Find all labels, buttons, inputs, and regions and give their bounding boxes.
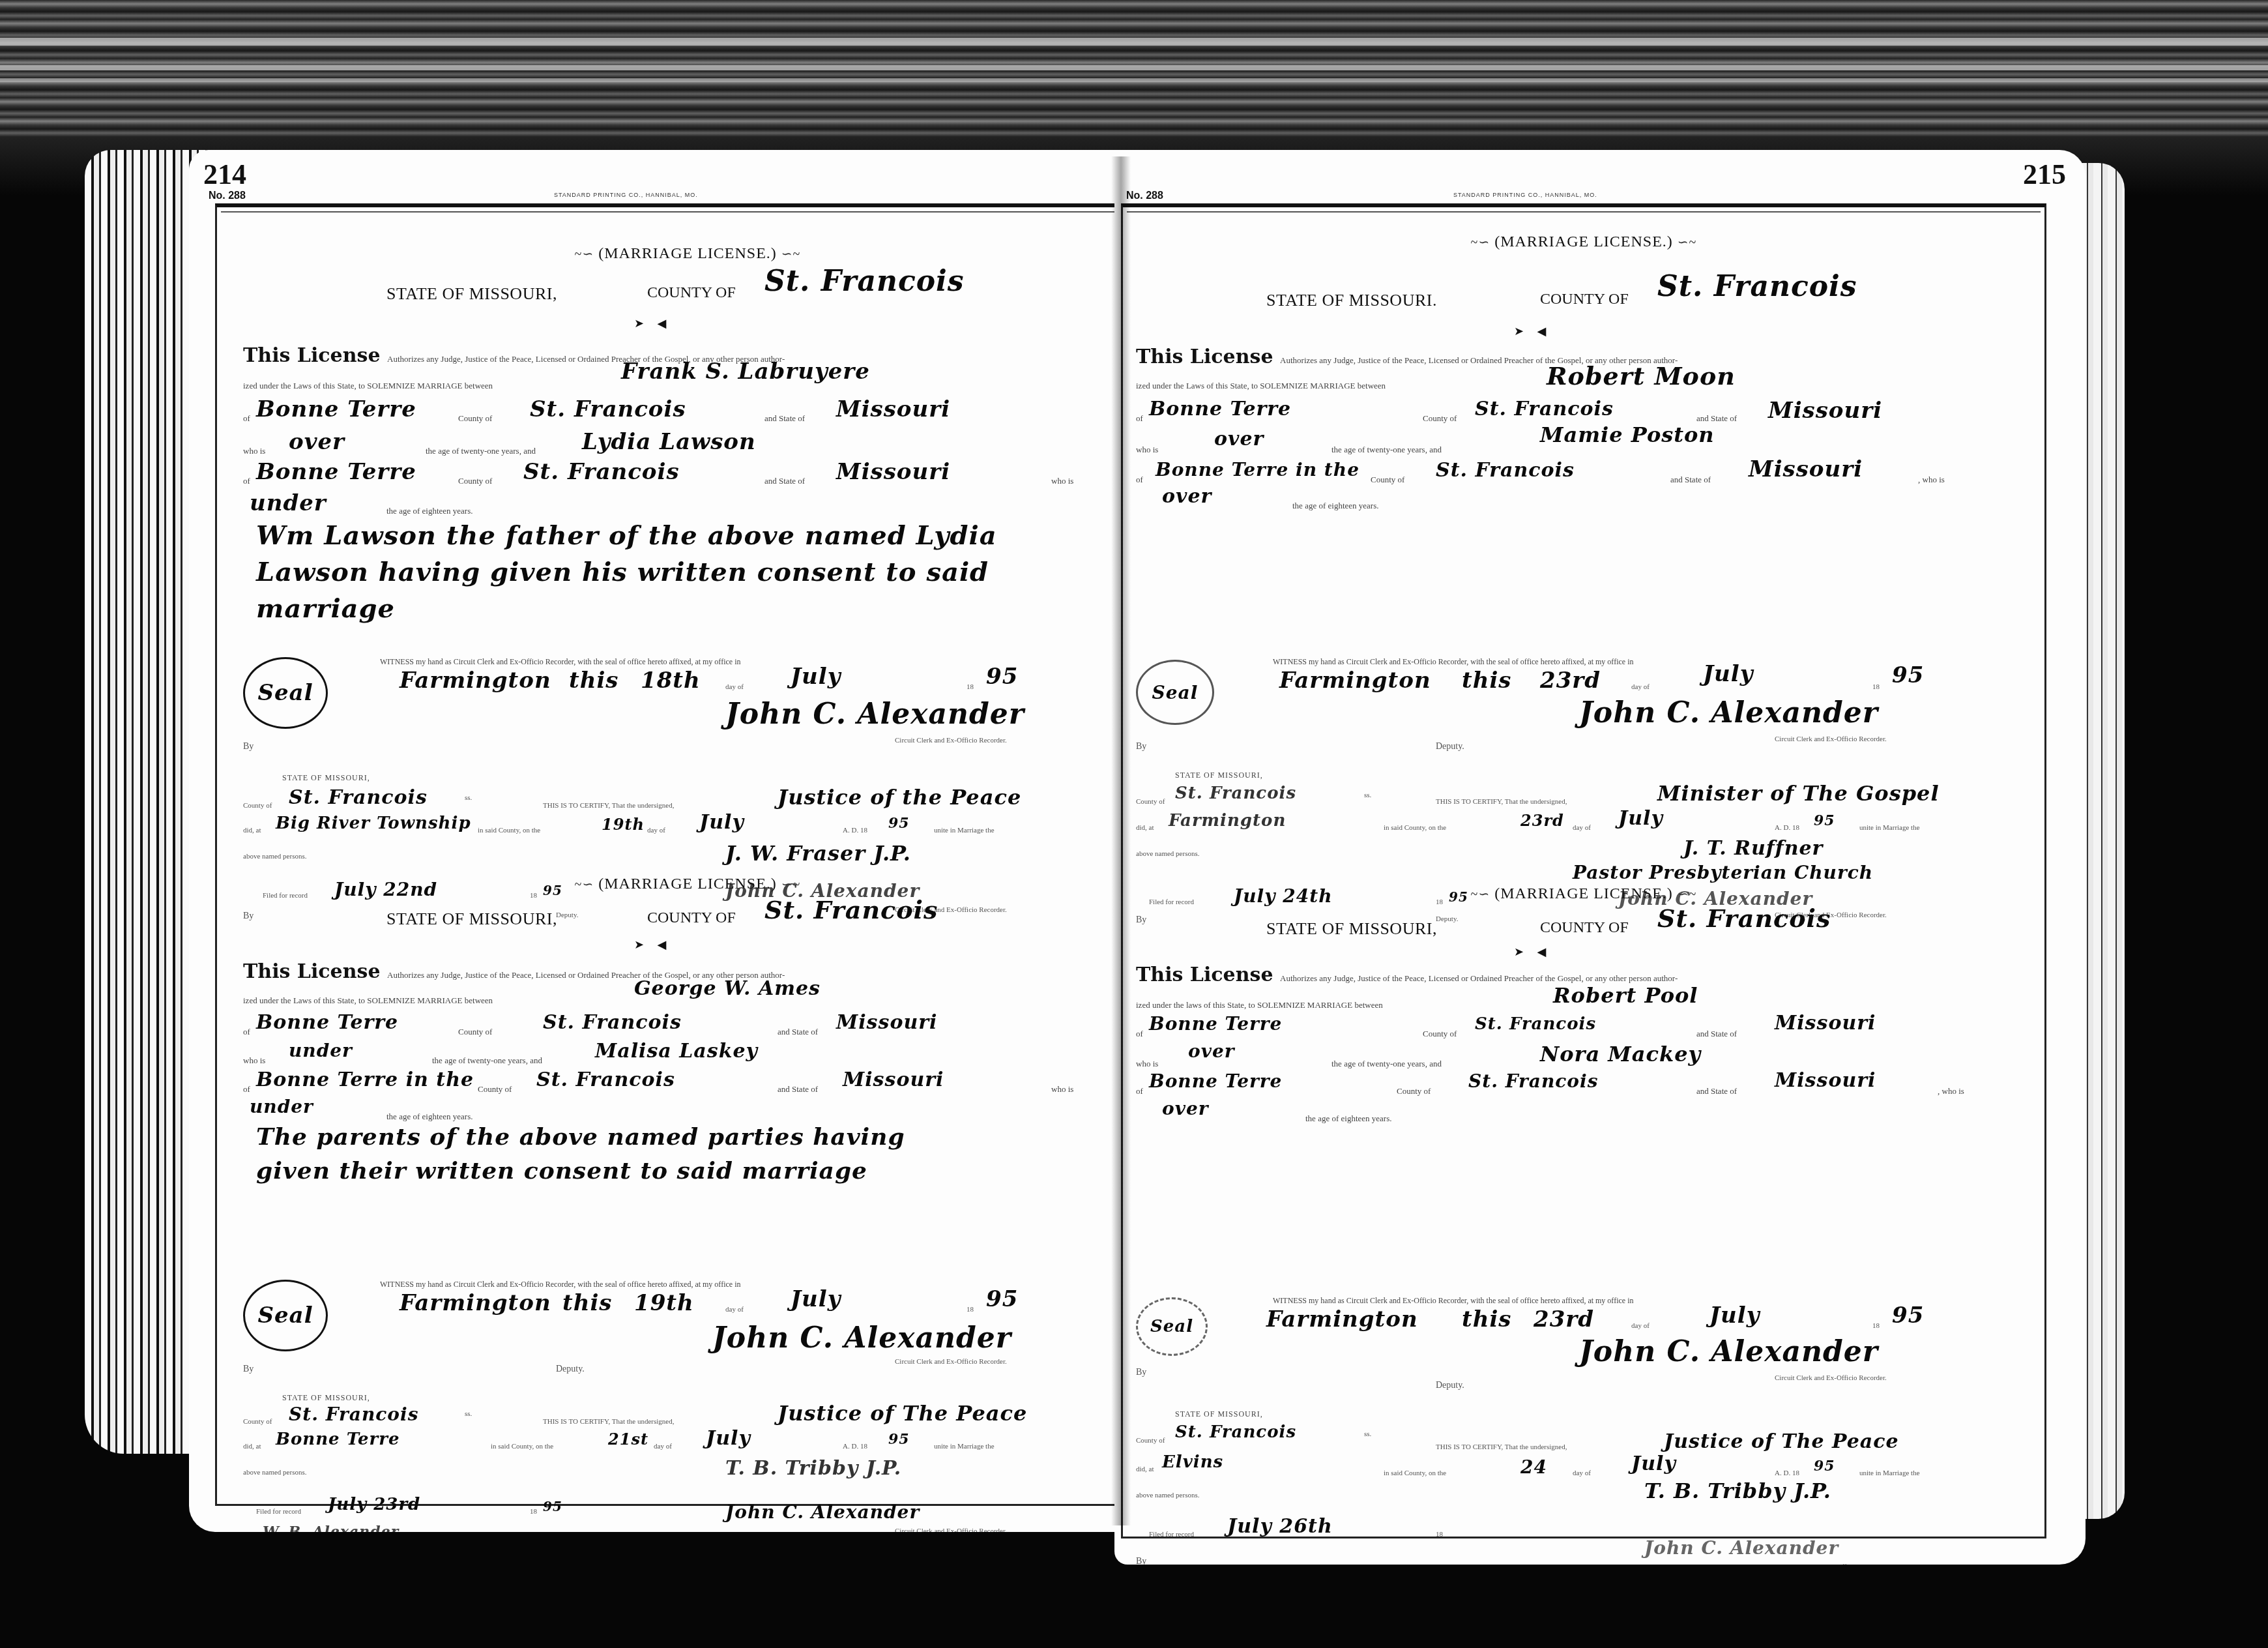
age-21-text: the age of twenty-one years, and: [426, 446, 536, 456]
groom-state: Missouri: [1775, 1012, 1876, 1035]
filed-year-prefix: 18: [530, 1508, 537, 1516]
county-of-label: County of: [458, 413, 492, 424]
bride-age-status: over: [1162, 485, 1212, 508]
form-frame: ~∽ (MARRIAGE LICENSE.) ∽~ STATE OF MISSO…: [215, 203, 1160, 1506]
seal-stamp: Seal: [243, 657, 328, 729]
bride-town: Bonne Terre in the: [256, 1068, 474, 1091]
in-said-county-label: in said County, on the: [478, 827, 540, 834]
bride-town: Bonne Terre: [256, 459, 416, 485]
did-at-label: did, at: [1136, 824, 1154, 832]
groom-age-status: over: [289, 429, 345, 455]
consent-note-line: Lawson having given his written consent …: [256, 557, 989, 587]
ad-label: A. D. 18: [1775, 1469, 1799, 1477]
flourish-right-icon: ∽~: [1678, 235, 1697, 250]
ad-label: A. D. 18: [843, 827, 867, 834]
cert-county: St. Francois: [289, 786, 428, 809]
state-heading: STATE OF MISSOURI,: [386, 284, 557, 304]
recorder-title: Circuit Clerk and Ex-Officio Recorder.: [1775, 1563, 1887, 1565]
of-label: of: [1136, 475, 1143, 484]
groom-town: Bonne Terre: [256, 1011, 398, 1034]
clerk-title: Circuit Clerk and Ex-Officio Recorder.: [1775, 735, 1887, 743]
flourish-left-icon: ~∽: [1471, 887, 1490, 902]
marriage-license-pool-mackey: ~∽ (MARRIAGE LICENSE.) ∽~ STATE OF MISSO…: [1123, 872, 2044, 1537]
did-at-label: did, at: [243, 1443, 261, 1450]
did-at-label: did, at: [1136, 1465, 1154, 1473]
witness-place: Farmington: [400, 1290, 551, 1316]
who-is-label: , who is: [1918, 475, 1945, 485]
groom-county: St. Francois: [1475, 398, 1614, 420]
witness-place: Farmington: [400, 668, 551, 694]
county-label: COUNTY OF: [1540, 291, 1629, 308]
of-label: of: [1136, 1029, 1143, 1038]
witness-this: this: [1462, 668, 1511, 694]
license-title: ~∽ (MARRIAGE LICENSE.) ∽~: [217, 875, 1158, 893]
witness-place: Farmington: [1279, 668, 1431, 694]
bride-state: Missouri: [1749, 456, 1863, 482]
day-of-label: day of: [725, 1306, 744, 1314]
recorder-signature: John C. Alexander: [1644, 1537, 1839, 1559]
groom-age-status: under: [289, 1040, 353, 1061]
above-named-text: above named persons.: [243, 1469, 306, 1477]
form-frame: ~∽ (MARRIAGE LICENSE.) ∽~ STATE OF MISSO…: [1121, 203, 2046, 1538]
consent-note-line: given their written consent to said marr…: [256, 1157, 867, 1184]
groom-age-status: over: [1214, 428, 1264, 450]
state-of-label: and State of: [778, 1027, 818, 1037]
officiant-signature: T. B. Tribby J.P.: [1644, 1479, 1831, 1503]
groom-age-status: over: [1188, 1040, 1235, 1062]
marriage-license-moon-poston: ~∽ (MARRIAGE LICENSE.) ∽~ STATE OF MISSO…: [1123, 207, 2044, 872]
witness-year: 95: [1892, 662, 1924, 688]
clerk-title: Circuit Clerk and Ex-Officio Recorder.: [1775, 1374, 1887, 1382]
witness-this: this: [1462, 1306, 1511, 1332]
county-of-label: County of: [1371, 475, 1404, 485]
cert-year: 95: [888, 815, 910, 832]
age-18-text: the age of eighteen years.: [386, 1111, 472, 1122]
did-at-label: did, at: [243, 827, 261, 834]
who-is-label: who is: [1136, 445, 1158, 454]
cert-county-label: County of: [1136, 1437, 1165, 1445]
age-18-text: the age of eighteen years.: [1292, 501, 1378, 511]
certify-text: THIS IS TO CERTIFY, That the undersigned…: [1436, 1443, 1567, 1451]
filed-date: July 23rd: [328, 1495, 420, 1514]
witness-day: 23rd: [1534, 1306, 1594, 1332]
witness-text: WITNESS my hand as Circuit Clerk and Ex-…: [1273, 1296, 1633, 1306]
flourish-left-icon: ~∽: [1471, 235, 1490, 250]
solemnize-text: ized under the Laws of this State, to SO…: [243, 995, 493, 1005]
groom-name: Frank S. Labruyere: [621, 359, 870, 385]
bride-state: Missouri: [836, 459, 950, 485]
clerk-title: Circuit Clerk and Ex-Officio Recorder.: [895, 737, 1007, 744]
clerk-signature: John C. Alexander: [725, 698, 1025, 731]
groom-county: St. Francois: [543, 1011, 682, 1034]
seal-stamp: Seal: [243, 1280, 328, 1351]
officiant-signature: T. B. Tribby J.P.: [725, 1457, 901, 1480]
cert-place: Bonne Terre: [276, 1430, 400, 1449]
printer-imprint: STANDARD PRINTING CO., HANNIBAL, MO.: [554, 192, 698, 198]
license-title: ~∽ (MARRIAGE LICENSE.) ∽~: [1123, 233, 2044, 251]
age-21-text: the age of twenty-one years, and: [432, 1055, 542, 1066]
scan-band: [0, 38, 2268, 46]
who-is-label: who is: [1051, 1084, 1073, 1095]
cert-day: 23rd: [1520, 811, 1564, 830]
filed-year-prefix: 18: [1436, 1531, 1443, 1538]
printer-imprint: STANDARD PRINTING CO., HANNIBAL, MO.: [1453, 192, 1597, 198]
day-of-label: day of: [647, 827, 665, 834]
state-heading: STATE OF MISSOURI.: [1266, 291, 1437, 310]
filed-label: Filed for record: [256, 1508, 301, 1516]
groom-name: Robert Pool: [1553, 983, 1698, 1008]
solemnize-text: ized under the Laws of this State, to SO…: [243, 381, 493, 390]
state-heading: STATE OF MISSOURI,: [1266, 919, 1437, 939]
cert-state: STATE OF MISSOURI,: [282, 1393, 370, 1403]
county-of-label: County of: [1423, 1029, 1457, 1039]
groom-state: Missouri: [836, 1011, 937, 1034]
deputy-label: Deputy.: [1436, 1381, 1464, 1391]
officiant-title: Justice of The Peace: [778, 1401, 1027, 1426]
by-label: By: [1136, 742, 1146, 752]
who-is-label: , who is: [1938, 1086, 1964, 1096]
clerk-signature: John C. Alexander: [1579, 696, 1878, 729]
state-of-label: and State of: [778, 1084, 818, 1095]
year-prefix: 18: [967, 1306, 974, 1314]
groom-name: Robert Moon: [1547, 361, 1736, 390]
filed-year: 95: [543, 1499, 562, 1514]
county-label: COUNTY OF: [1540, 919, 1629, 937]
groom-county: St. Francois: [1475, 1014, 1596, 1034]
day-of-label: day of: [1631, 1322, 1650, 1330]
day-of-label: day of: [1573, 1469, 1591, 1477]
clerk-signature: John C. Alexander: [1579, 1335, 1878, 1368]
deputy-label: Deputy.: [1436, 1563, 1458, 1565]
unite-text: unite in Marriage the: [1859, 824, 1920, 832]
cert-county: St. Francois: [1175, 784, 1296, 803]
in-said-county-label: in said County, on the: [1384, 1469, 1446, 1477]
bride-state: Missouri: [1775, 1069, 1876, 1092]
this-license-heading: This License: [1136, 964, 1273, 986]
ad-label: A. D. 18: [1775, 824, 1799, 832]
license-title-text: (MARRIAGE LICENSE.): [598, 875, 777, 892]
filed-label: Filed for record: [1149, 1531, 1194, 1538]
cert-county-label: County of: [243, 802, 272, 810]
bride-name: Lydia Lawson: [582, 429, 756, 455]
solemnize-text: ized under the laws of this State, to SO…: [1136, 1000, 1383, 1010]
by-label: By: [1136, 1368, 1146, 1378]
county-value: St. Francois: [1657, 904, 1831, 933]
recorder-title: Circuit Clerk and Ex-Officio Recorder.: [895, 1527, 1007, 1533]
cert-county: St. Francois: [1175, 1422, 1296, 1442]
witness-this: this: [562, 1290, 612, 1316]
groom-state: Missouri: [836, 396, 950, 422]
witness-month: July: [1709, 1302, 1760, 1329]
cert-state: STATE OF MISSOURI,: [1175, 771, 1263, 780]
above-named-text: above named persons.: [1136, 850, 1199, 858]
cert-month: July: [1631, 1452, 1676, 1475]
solemnize-text: ized under the Laws of this State, to SO…: [1136, 381, 1386, 390]
page-number: 215: [2023, 158, 2066, 191]
officiant-title: Justice of The Peace: [1664, 1430, 1899, 1453]
recorder-signature: John C. Alexander: [725, 1501, 920, 1523]
state-heading: STATE OF MISSOURI,: [386, 909, 557, 929]
ad-label: A. D. 18: [843, 1443, 867, 1450]
flourish-left-icon: ~∽: [575, 247, 594, 261]
witness-day: 19th: [634, 1290, 694, 1316]
year-prefix: 18: [967, 683, 974, 691]
age-21-text: the age of twenty-one years, and: [1331, 445, 1442, 455]
filed-date: July 26th: [1227, 1515, 1333, 1538]
year-prefix: 18: [1872, 683, 1880, 691]
of-label: of: [243, 1027, 250, 1037]
seal-stamp: Seal: [1136, 1297, 1208, 1356]
officiant-title: Minister of The Gospel: [1657, 781, 1940, 806]
cert-year: 95: [888, 1431, 910, 1448]
of-label: of: [1136, 1086, 1143, 1096]
page-215: 215 No. 288 STANDARD PRINTING CO., HANNI…: [1114, 150, 2086, 1565]
clerk-title: Circuit Clerk and Ex-Officio Recorder.: [895, 1358, 1007, 1366]
day-of-label: day of: [654, 1443, 672, 1450]
this-license-heading: This License: [243, 344, 381, 367]
of-label: of: [243, 476, 250, 486]
bride-state: Missouri: [843, 1068, 944, 1091]
deputy-label: Deputy.: [1436, 742, 1464, 752]
state-of-label: and State of: [764, 476, 805, 486]
witness-year: 95: [986, 1286, 1018, 1312]
bride-name: Mamie Poston: [1540, 422, 1715, 447]
form-number: No. 288: [209, 190, 246, 202]
county-of-label: County of: [458, 1027, 492, 1037]
cert-county-label: County of: [1136, 798, 1165, 806]
cert-day: 19th: [602, 815, 645, 834]
county-of-label: County of: [458, 476, 492, 486]
clerk-signature: John C. Alexander: [712, 1321, 1011, 1355]
scan-band: [0, 78, 2268, 82]
witness-month: July: [791, 664, 841, 690]
ss-label: ss.: [1364, 791, 1371, 799]
arrow-divider-icon: ➤ ◀: [634, 317, 671, 331]
witness-text: WITNESS my hand as Circuit Clerk and Ex-…: [1273, 657, 1633, 667]
form-number: No. 288: [1126, 190, 1163, 202]
groom-town: Bonne Terre: [1149, 398, 1291, 420]
arrow-divider-icon: ➤ ◀: [1514, 945, 1551, 959]
in-said-county-label: in said County, on the: [1384, 824, 1446, 832]
cert-state: STATE OF MISSOURI,: [282, 773, 370, 783]
witness-day: 18th: [641, 668, 701, 694]
license-title-text: (MARRIAGE LICENSE.): [598, 245, 777, 262]
license-title: ~∽ (MARRIAGE LICENSE.) ∽~: [1123, 885, 2044, 903]
county-label: COUNTY OF: [647, 284, 736, 302]
witness-year: 95: [986, 664, 1018, 690]
flourish-right-icon: ∽~: [781, 247, 801, 261]
license-title-text: (MARRIAGE LICENSE.): [1494, 233, 1673, 250]
year-prefix: 18: [1872, 1322, 1880, 1330]
cert-place: Farmington: [1169, 811, 1286, 831]
consent-note-line: marriage: [256, 593, 395, 624]
flourish-left-icon: ~∽: [575, 877, 594, 892]
this-license-heading: This License: [243, 960, 381, 983]
day-of-label: day of: [725, 683, 744, 691]
of-label: of: [243, 413, 250, 423]
deputy-label: Deputy.: [556, 1364, 585, 1375]
cert-state: STATE OF MISSOURI,: [1175, 1409, 1263, 1419]
flourish-right-icon: ∽~: [1678, 887, 1697, 902]
recorder-deputy: W. B. Alexander: [263, 1523, 399, 1533]
witness-place: Farmington: [1266, 1306, 1418, 1332]
of-label: of: [1136, 413, 1143, 423]
license-title-text: (MARRIAGE LICENSE.): [1494, 885, 1673, 902]
cert-month: July: [699, 811, 744, 834]
groom-town: Bonne Terre: [256, 396, 416, 422]
witness-day: 23rd: [1540, 668, 1601, 694]
seal-stamp: Seal: [1136, 660, 1214, 725]
witness-text: WITNESS my hand as Circuit Clerk and Ex-…: [380, 657, 740, 667]
groom-town: Bonne Terre: [1149, 1013, 1282, 1035]
cert-month: July: [706, 1427, 751, 1450]
certify-text: THIS IS TO CERTIFY, That the undersigned…: [1436, 798, 1567, 806]
witness-this: this: [569, 668, 618, 694]
right-page-stack: [2079, 163, 2125, 1519]
age-21-text: the age of twenty-one years, and: [1331, 1059, 1442, 1069]
county-value: St. Francois: [1657, 270, 1857, 303]
witness-year: 95: [1892, 1302, 1924, 1329]
of-label: of: [243, 1084, 250, 1094]
bride-town: Bonne Terre: [1149, 1070, 1282, 1092]
who-is-label: who is: [1136, 1059, 1158, 1068]
scanner-banding: [0, 0, 2268, 137]
bride-town: Bonne Terre in the: [1156, 459, 1359, 480]
bride-age-status: over: [1162, 1098, 1209, 1119]
page-214: 214 No. 288 STANDARD PRINTING CO., HANNI…: [189, 150, 1186, 1532]
bride-age-status: under: [250, 490, 327, 516]
consent-note-line: The parents of the above named parties h…: [256, 1123, 905, 1151]
bride-county: St. Francois: [523, 459, 680, 485]
who-is-label: who is: [243, 1055, 265, 1065]
county-value: St. Francois: [764, 895, 938, 924]
county-label: COUNTY OF: [647, 909, 736, 927]
cert-year: 95: [1814, 1458, 1835, 1475]
bride-county: St. Francois: [1436, 459, 1575, 482]
book-gutter: [1111, 156, 1131, 1525]
county-of-label: County of: [1423, 413, 1457, 424]
flourish-right-icon: ∽~: [781, 877, 801, 892]
day-of-label: day of: [1631, 683, 1650, 691]
state-of-label: and State of: [1670, 475, 1711, 485]
ss-label: ss.: [1364, 1430, 1371, 1438]
this-license-heading: This License: [1136, 346, 1273, 368]
by-label: By: [1136, 1557, 1146, 1565]
open-ledger-book: 214 No. 288 STANDARD PRINTING CO., HANNI…: [78, 137, 2125, 1597]
marriage-license-labruyere-lawson: ~∽ (MARRIAGE LICENSE.) ∽~ STATE OF MISSO…: [217, 207, 1158, 856]
groom-county: St. Francois: [530, 396, 686, 422]
age-18-text: the age of eighteen years.: [386, 506, 472, 516]
ss-label: ss.: [465, 794, 472, 802]
unite-text: unite in Marriage the: [934, 827, 995, 834]
cert-county-label: County of: [243, 1418, 272, 1426]
state-of-label: and State of: [1696, 1029, 1737, 1039]
officiant-signature: J. T. Ruffner: [1683, 837, 1823, 860]
scan-band: [0, 65, 2268, 70]
marriage-license-ames-laskey: ~∽ (MARRIAGE LICENSE.) ∽~ STATE OF MISSO…: [217, 856, 1158, 1505]
age-18-text: the age of eighteen years.: [1305, 1113, 1391, 1124]
bride-name: Nora Mackey: [1540, 1042, 1701, 1067]
who-is-label: who is: [243, 446, 265, 456]
cert-day: 21st: [608, 1430, 648, 1449]
license-title: ~∽ (MARRIAGE LICENSE.) ∽~: [217, 245, 1158, 263]
county-of-label: County of: [1397, 1086, 1431, 1096]
state-of-label: and State of: [1696, 1086, 1737, 1096]
county-of-label: County of: [478, 1084, 512, 1095]
bride-county: St. Francois: [1468, 1070, 1598, 1092]
groom-name: George W. Ames: [634, 977, 821, 1000]
arrow-divider-icon: ➤ ◀: [634, 938, 671, 952]
unite-text: unite in Marriage the: [934, 1443, 995, 1450]
page-number: 214: [203, 158, 246, 191]
arrow-divider-icon: ➤ ◀: [1514, 325, 1551, 338]
groom-state: Missouri: [1768, 398, 1882, 424]
cert-month: July: [1618, 807, 1663, 830]
cert-year: 95: [1814, 812, 1835, 829]
in-said-county-label: in said County, on the: [491, 1443, 553, 1450]
ss-label: ss.: [465, 1410, 472, 1418]
unite-text: unite in Marriage the: [1859, 1469, 1920, 1477]
bride-county: St. Francois: [536, 1068, 675, 1091]
who-is-label: who is: [1051, 476, 1073, 486]
above-named-text: above named persons.: [1136, 1492, 1199, 1499]
bride-age-status: under: [250, 1096, 313, 1117]
day-of-label: day of: [1573, 824, 1591, 832]
witness-text: WITNESS my hand as Circuit Clerk and Ex-…: [380, 1280, 740, 1289]
officiant-title: Justice of the Peace: [778, 785, 1021, 810]
by-label: By: [243, 1364, 254, 1375]
county-value: St. Francois: [764, 265, 965, 298]
witness-month: July: [1703, 661, 1753, 687]
certify-text: THIS IS TO CERTIFY, That the undersigned…: [543, 802, 674, 810]
state-of-label: and State of: [764, 413, 805, 424]
cert-day: 24: [1520, 1456, 1547, 1478]
consent-note-line: Wm Lawson the father of the above named …: [256, 520, 997, 551]
bride-name: Malisa Laskey: [595, 1040, 758, 1063]
cert-county: St. Francois: [289, 1404, 418, 1425]
witness-month: July: [791, 1286, 841, 1312]
authorize-text: Authorizes any Judge, Justice of the Pea…: [1280, 973, 1678, 983]
by-label: By: [243, 742, 254, 752]
cert-place: Elvins: [1162, 1452, 1223, 1472]
certify-text: THIS IS TO CERTIFY, That the undersigned…: [543, 1418, 674, 1426]
cert-place: Big River Township: [276, 814, 471, 833]
